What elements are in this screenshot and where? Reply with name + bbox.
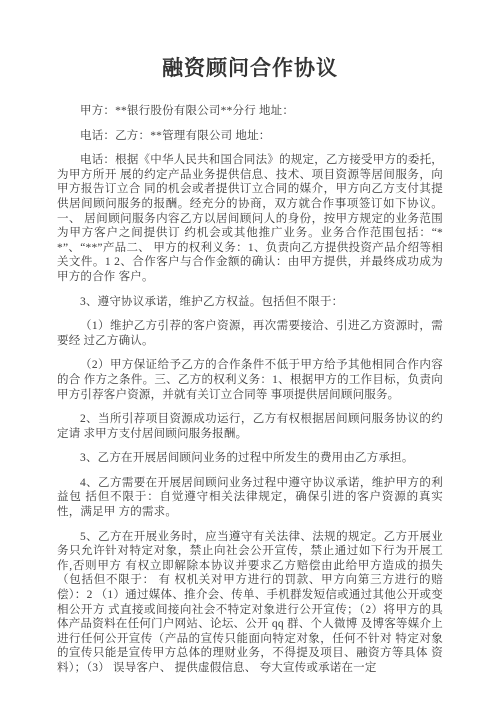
party-a-line: 甲方：**银行股份有限公司**分行 地址：	[57, 104, 443, 119]
intro-and-scope-paragraph: 电话：根据《中华人民共和国合同法》的规定，乙方接受甲方的委托，为甲方所开 展的约…	[57, 153, 443, 284]
party-b-clause-4: 4、乙方需要在开展居间顾问业务过程中遵守协议承诺，维护甲方的利益包 括但不限于：…	[57, 476, 443, 520]
party-b-clause-3: 3、乙方在开展居间顾问业务的过程中所发生的费用由乙方承担。	[57, 451, 443, 466]
document-body: 甲方：**银行股份有限公司**分行 地址： 电话：乙方：**管理有限公司 地址：…	[57, 104, 443, 676]
party-b-clause-5: 5、乙方在开展业务时，应当遵守有关法律、法规的规定。乙方开展业务只允许针对特定对…	[57, 530, 443, 676]
document-title: 融资顾问合作协议	[57, 54, 443, 82]
document-page: 融资顾问合作协议 甲方：**银行股份有限公司**分行 地址： 电话：乙方：**管…	[0, 0, 500, 707]
clause-3-item-1: （1）维护乙方引荐的客户资源，再次需要接洽、引进乙方资源时，需要经 过乙方确认。	[57, 319, 443, 348]
party-b-line: 电话：乙方：**管理有限公司 地址：	[57, 129, 443, 144]
clause-3-header: 3、遵守协议承诺，维护乙方权益。包括但不限于：	[57, 295, 443, 310]
clause-3-item-2-and-party-b-duties: （2）甲方保证给予乙方的合作条件不低于甲方给予其他相同合作内容的合 作方之条件。…	[57, 358, 443, 402]
party-b-clause-2: 2、当所引荐项目资源成功运行，乙方有权根据居间顾问服务协议的约定请 求甲方支付居…	[57, 412, 443, 441]
